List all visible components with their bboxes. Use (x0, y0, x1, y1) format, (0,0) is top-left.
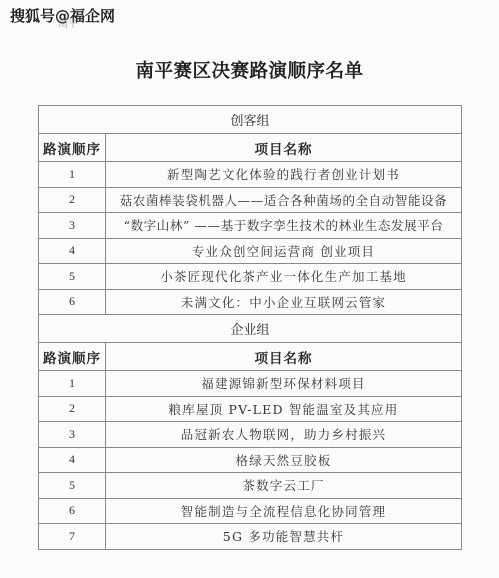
project-cell: 粮库屋顶 PV-LED 智能温室及其应用 (106, 396, 462, 422)
order-cell: 3 (39, 422, 106, 448)
column-header-order: 路演顺序 (39, 343, 106, 371)
table-row: 6 未满文化：中小企业互联网云管家 (39, 289, 462, 315)
table-row: 1 新型陶艺文化体验的践行者创业计划书 (39, 162, 462, 188)
roadshow-order-table: 创客组 路演顺序 项目名称 1 新型陶艺文化体验的践行者创业计划书 2 菇农菌棒… (38, 105, 462, 550)
order-cell: 5 (39, 264, 106, 290)
order-cell: 4 (39, 447, 106, 473)
column-header-row: 路演顺序 项目名称 (39, 134, 462, 162)
table-row: 4 格绿天然豆胶板 (39, 447, 462, 473)
order-cell: 7 (39, 524, 106, 550)
project-cell: 专业众创空间运营商 创业项目 (106, 238, 462, 264)
project-cell: 智能制造与全流程信息化协同管理 (106, 498, 462, 524)
column-header-project: 项目名称 (106, 343, 462, 371)
order-cell: 3 (39, 213, 106, 239)
order-cell: 1 (39, 162, 106, 188)
order-cell: 6 (39, 289, 106, 315)
table-row: 3 品冠新农人物联网，助力乡村振兴 (39, 422, 462, 448)
project-cell: 5G 多功能智慧共杆 (106, 524, 462, 550)
group-header-row: 创客组 (39, 106, 462, 134)
table-row: 7 5G 多功能智慧共杆 (39, 524, 462, 550)
page-title: 南平赛区决赛路演顺序名单 (0, 57, 499, 83)
order-cell: 2 (39, 396, 106, 422)
table-row: 4 专业众创空间运营商 创业项目 (39, 238, 462, 264)
table-row: 2 菇农菌棒装袋机器人——适合各种菌场的全自动智能设备 (39, 187, 462, 213)
column-header-order: 路演顺序 (39, 134, 106, 162)
project-cell: 福建源锦新型环保材料项目 (106, 371, 462, 397)
order-cell: 2 (39, 187, 106, 213)
group-title: 企业组 (39, 315, 462, 343)
order-cell: 4 (39, 238, 106, 264)
table-row: 2 粮库屋顶 PV-LED 智能温室及其应用 (39, 396, 462, 422)
table-row: 6 智能制造与全流程信息化协同管理 (39, 498, 462, 524)
project-cell: 菇农菌棒装袋机器人——适合各种菌场的全自动智能设备 (106, 187, 462, 213)
order-cell: 6 (39, 498, 106, 524)
order-cell: 1 (39, 371, 106, 397)
table-row: 1 福建源锦新型环保材料项目 (39, 371, 462, 397)
column-header-project: 项目名称 (106, 134, 462, 162)
group-header-row: 企业组 (39, 315, 462, 343)
table-row: 5 茶数字云工厂 (39, 473, 462, 499)
project-cell: 格绿天然豆胶板 (106, 447, 462, 473)
table-row: 5 小茶匠现代化茶产业一体化生产加工基地 (39, 264, 462, 290)
order-cell: 5 (39, 473, 106, 499)
project-cell: 未满文化：中小企业互联网云管家 (106, 289, 462, 315)
group-title: 创客组 (39, 106, 462, 134)
project-cell: 小茶匠现代化茶产业一体化生产加工基地 (106, 264, 462, 290)
project-cell: 品冠新农人物联网，助力乡村振兴 (106, 422, 462, 448)
watermark-sub: 南平 (58, 15, 78, 30)
project-cell: “数字山林” ——基于数字孪生技术的林业生态发展平台 (106, 213, 462, 239)
project-cell: 新型陶艺文化体验的践行者创业计划书 (106, 162, 462, 188)
column-header-row: 路演顺序 项目名称 (39, 343, 462, 371)
project-cell: 茶数字云工厂 (106, 473, 462, 499)
table-row: 3 “数字山林” ——基于数字孪生技术的林业生态发展平台 (39, 213, 462, 239)
